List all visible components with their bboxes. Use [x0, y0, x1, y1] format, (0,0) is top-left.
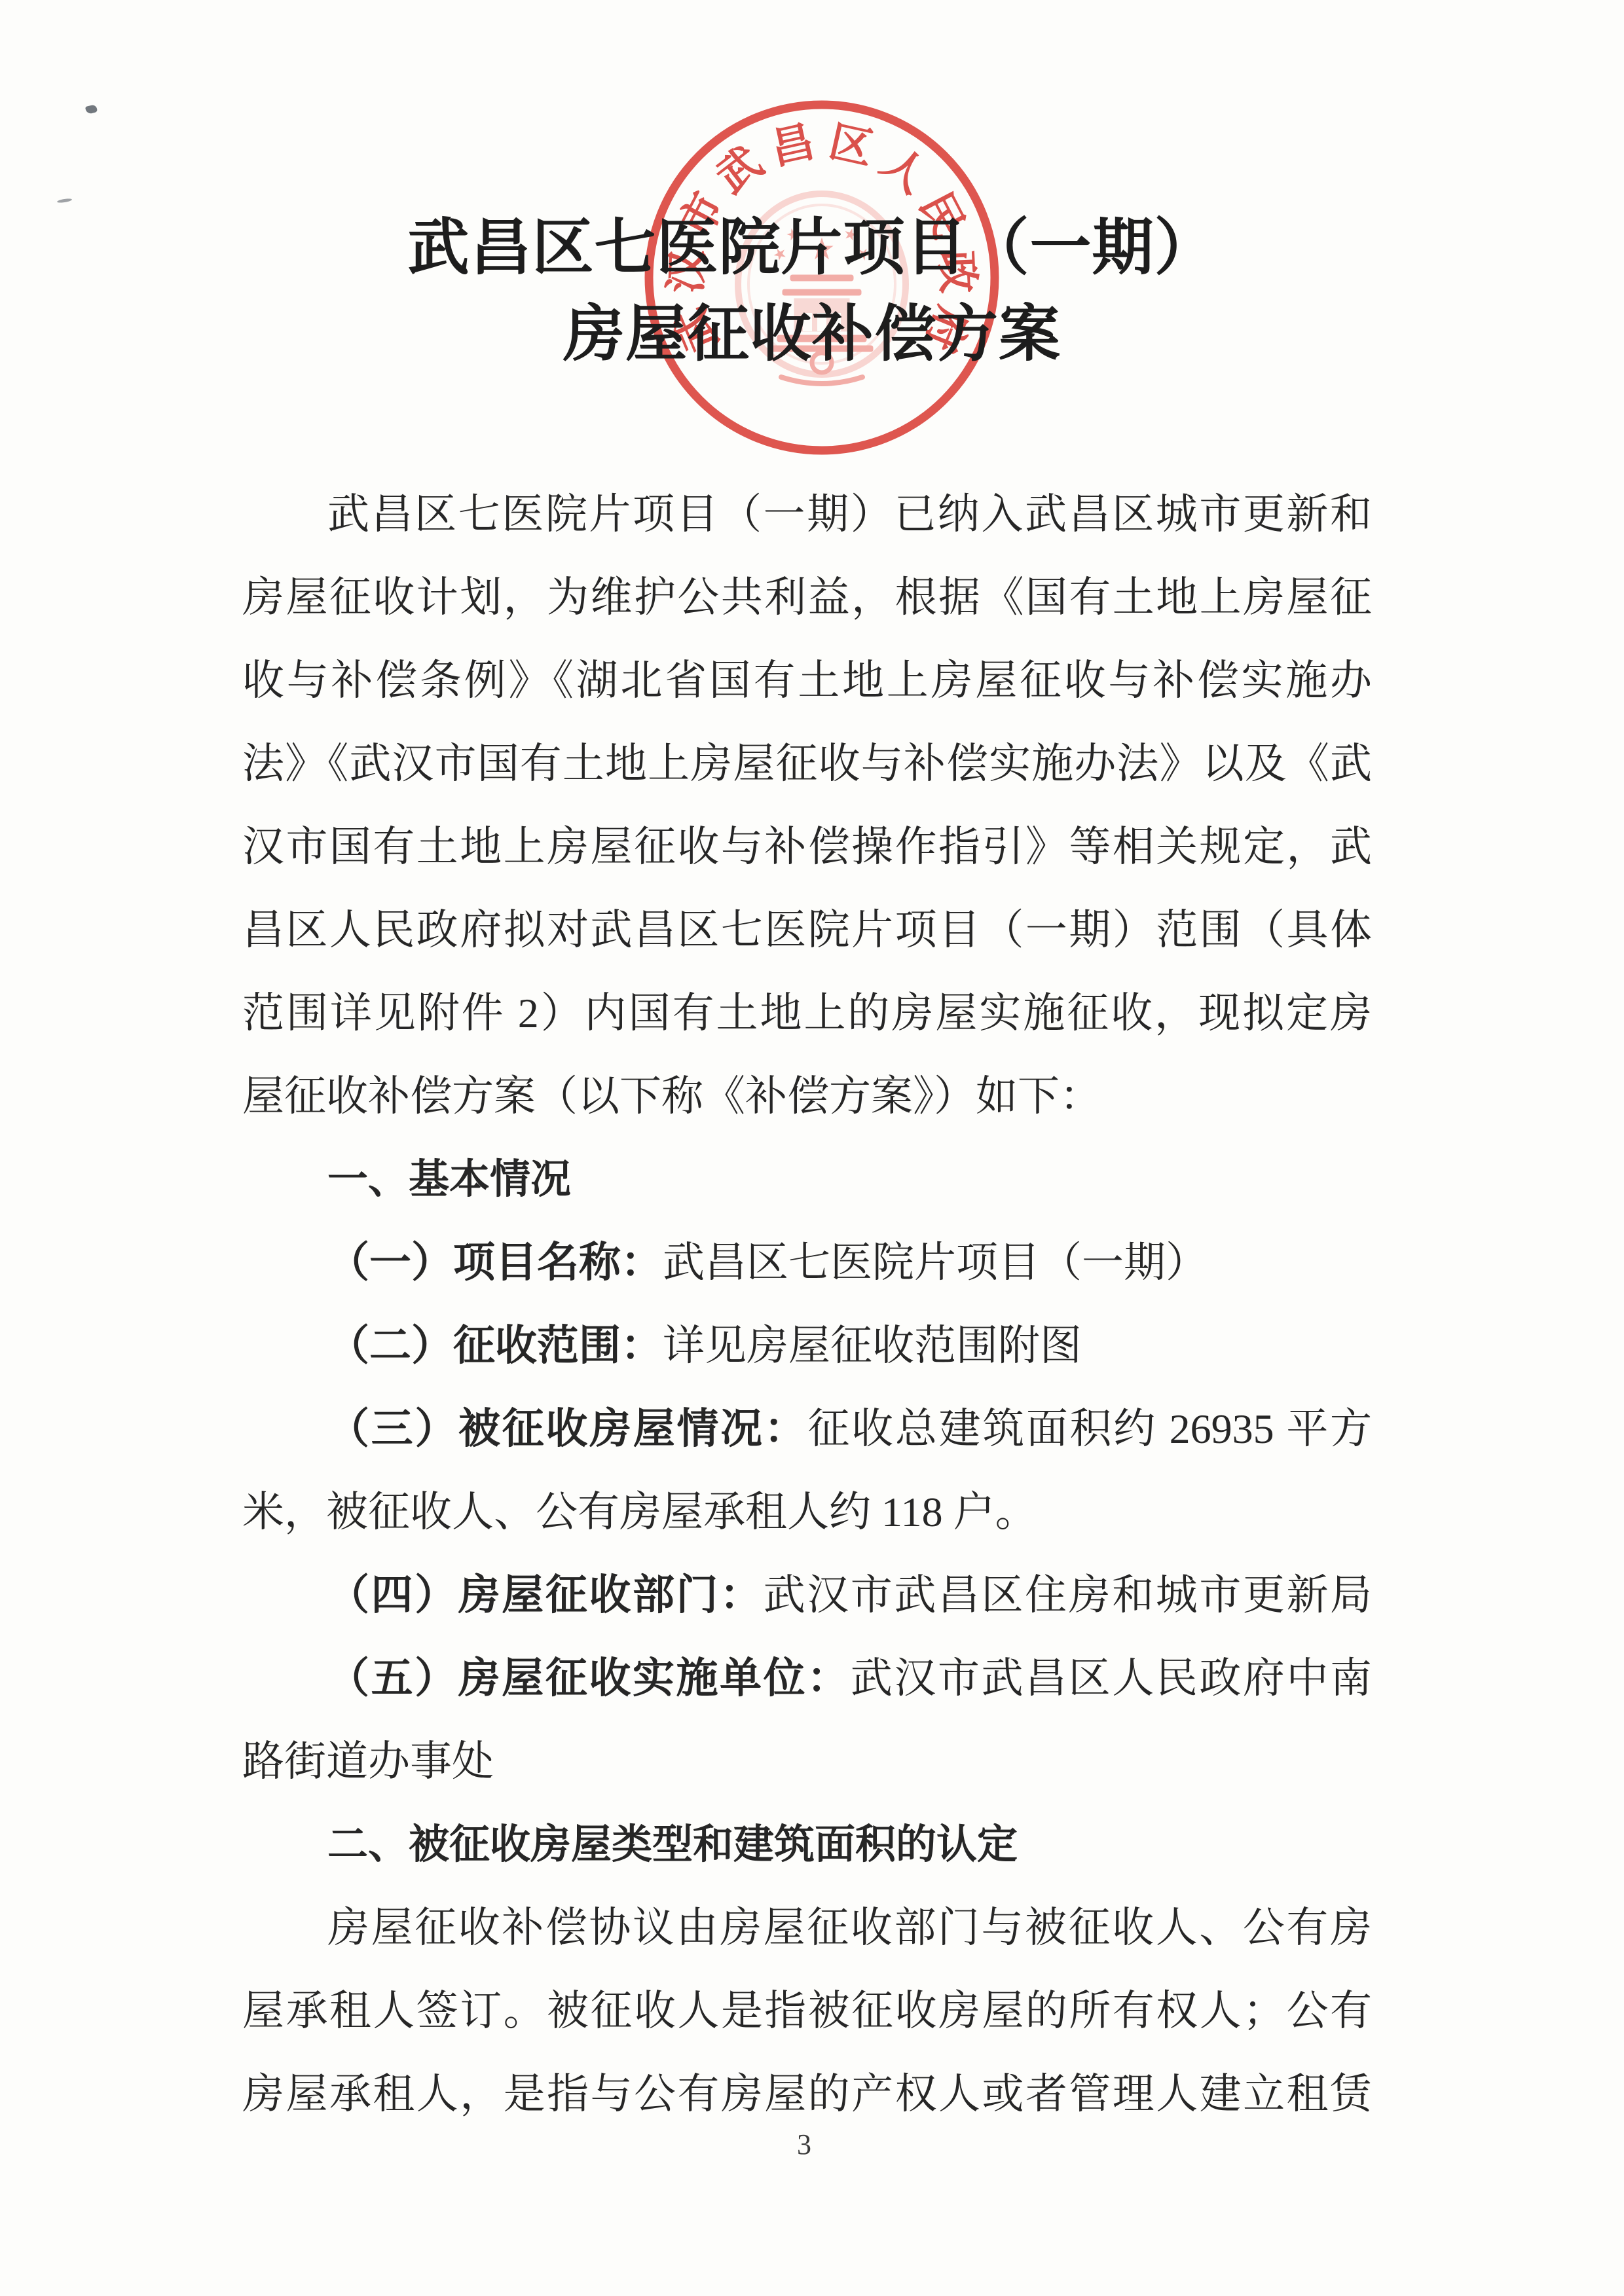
body-line: （三）被征收房屋情况：征收总建筑面积约 26935 平方 [242, 1387, 1372, 1470]
body-line: （五）房屋征收实施单位：武汉市武昌区人民政府中南 [242, 1637, 1372, 1720]
field-label: （三）被征收房屋情况： [327, 1406, 808, 1452]
field-value: 详见房屋征收范围附图 [663, 1322, 1082, 1369]
document-body: 武昌区七医院片项目（一期）已纳入武昌区城市更新和 房屋征收计划，为维护公共利益，… [242, 473, 1372, 2136]
section-heading-1: 一、基本情况 [242, 1138, 1372, 1221]
body-line: 收与补偿条例》《湖北省国有土地上房屋征收与补偿实施办 [242, 639, 1372, 722]
body-line: 屋承租人签订。被征收人是指被征收房屋的所有权人；公有 [242, 1969, 1372, 2052]
title-line-1: 武昌区七医院片项目（一期） [0, 205, 1624, 291]
seal-arc-char: 昌 [766, 118, 819, 174]
field-label: （二）征收范围： [327, 1322, 663, 1369]
body-line: 米，被征收人、公有房屋承租人约 118 户。 [242, 1470, 1372, 1554]
field-value: 武昌区七医院片项目（一期） [663, 1239, 1208, 1286]
body-line: 法》《武汉市国有土地上房屋征收与补偿实施办法》以及《武 [242, 722, 1372, 805]
title-line-2: 房屋征收补偿方案 [0, 291, 1624, 378]
page-number: 3 [0, 2125, 1608, 2164]
field-label: （四）房屋征收部门： [327, 1572, 764, 1618]
ink-speck [57, 198, 72, 204]
body-line: 汉市国有土地上房屋征收与补偿操作指引》等相关规定，武 [242, 805, 1372, 888]
body-line: （二）征收范围：详见房屋征收范围附图 [242, 1304, 1372, 1387]
document-title: 武昌区七医院片项目（一期） 房屋征收补偿方案 [0, 205, 1624, 378]
ink-speck [85, 104, 98, 115]
body-line: （一）项目名称：武昌区七医院片项目（一期） [242, 1221, 1372, 1304]
body-line: 武昌区七医院片项目（一期）已纳入武昌区城市更新和 [242, 473, 1372, 556]
field-value: 武汉市武昌区人民政府中南 [851, 1655, 1372, 1702]
section-heading-2: 二、被征收房屋类型和建筑面积的认定 [242, 1803, 1372, 1886]
body-line: 范围详见附件 2）内国有土地上的房屋实施征收，现拟定房 [242, 972, 1372, 1055]
document-page: ★ ★ ★ ★ ★ 武 汉 市 武 昌 区 人 民 政 府 [0, 0, 1624, 2296]
body-line: 屋征收补偿方案（以下称《补偿方案》）如下： [242, 1055, 1372, 1138]
seal-arc-char: 区 [824, 118, 877, 174]
body-line: 昌区人民政府拟对武昌区七医院片项目（一期）范围（具体 [242, 888, 1372, 972]
body-line: （四）房屋征收部门：武汉市武昌区住房和城市更新局 [242, 1554, 1372, 1637]
field-label: （一）项目名称： [327, 1239, 663, 1286]
field-label: （五）房屋征收实施单位： [327, 1655, 851, 1702]
body-line: 路街道办事处 [242, 1720, 1372, 1803]
seal-arc-char: 人 [872, 139, 936, 203]
field-value: 征收总建筑面积约 26935 平方 [808, 1406, 1373, 1452]
body-line: 房屋承租人，是指与公有房屋的产权人或者管理人建立租赁 [242, 2052, 1372, 2136]
seal-arc-char: 武 [708, 139, 771, 203]
body-line: 房屋征收补偿协议由房屋征收部门与被征收人、公有房 [242, 1886, 1372, 1969]
field-value: 武汉市武昌区住房和城市更新局 [764, 1572, 1372, 1618]
body-line: 房屋征收计划，为维护公共利益，根据《国有土地上房屋征 [242, 556, 1372, 639]
